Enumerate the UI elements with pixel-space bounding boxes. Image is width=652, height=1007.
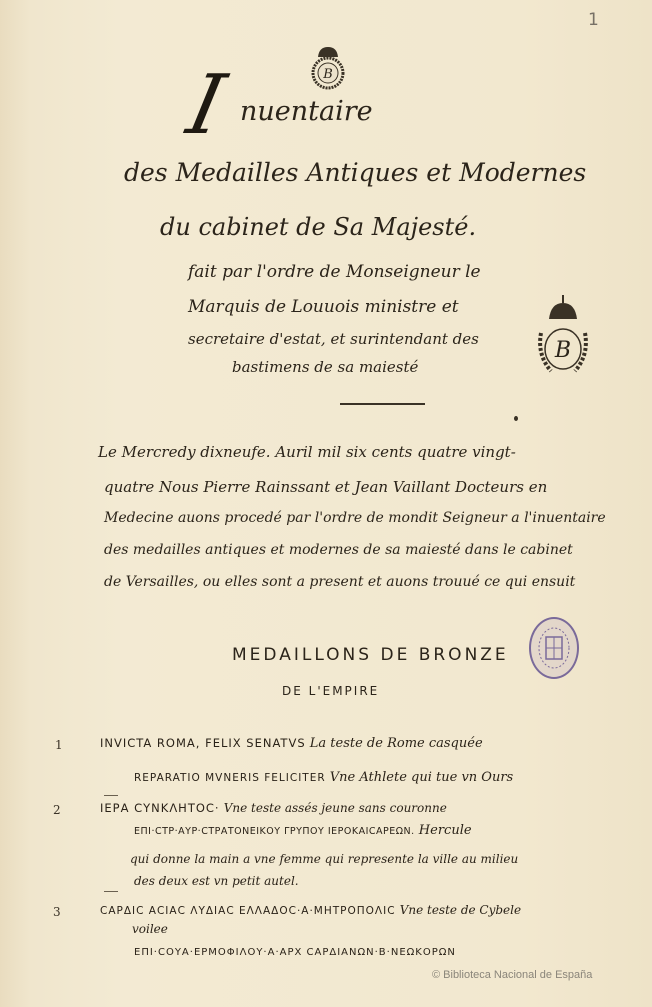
crowned-monogram-seal-icon: B	[309, 43, 347, 91]
separator-dash	[104, 795, 118, 796]
separator-dash	[104, 891, 118, 892]
legend-text: ΕΠΙ·CΤΡ·ΑΥΡ·CΤΡΑΤΟΝΕΙΚΟΥ ΓΡΥΠΟΥ ΙΕΡΟΚΑΙC…	[134, 826, 415, 837]
description-text: Hercule	[419, 823, 472, 838]
description-text: Vne teste assés jeune sans couronne	[224, 801, 447, 815]
legend-text: INVICTA ROMA, FELIX SENATVS	[100, 736, 306, 750]
svg-text:B: B	[322, 67, 333, 82]
entry-number: 1	[55, 738, 63, 752]
intro-line: quatre Nous Pierre Rainssant et Jean Vai…	[104, 478, 547, 496]
entry-line: des deux est vn petit autel.	[134, 874, 299, 889]
legend-text: CΑΡΔΙC ΑCΙΑC ΛΥΔΙΑC ΕΛΛΑΔΟC·Α·ΜΗΤΡΟΠΟΛΙC	[100, 905, 396, 917]
entry-line: voilee	[132, 922, 168, 937]
subtitle-line: bastimens de sa maiesté	[232, 358, 418, 376]
subtitle-line: fait par l'ordre de Monseigneur le	[188, 262, 481, 282]
title-line-2: des Medailles Antiques et Modernes	[124, 158, 586, 187]
description-text: Vne teste de Cybele	[400, 903, 521, 917]
copyright-credit: © Biblioteca Nacional de España	[432, 969, 592, 981]
section-heading: MEDAILLONS DE BRONZE	[232, 645, 509, 665]
intro-line: Medecine auons procedé par l'ordre de mo…	[104, 510, 606, 526]
legend-text: ΙΕΡΑ CΥΝΚΛΗΤΟC·	[100, 801, 220, 815]
intro-line: des medailles antiques et modernes de sa…	[104, 542, 573, 558]
library-stamp-icon	[529, 617, 579, 679]
legend-text: ΕΠΙ·CΟΥΑ·ΕΡΜΟΦΙΛΟΥ·Α·ΑΡΧ CΑΡΔΙΑΝΩΝ·Β·ΝΕΩ…	[134, 947, 456, 958]
description-text: Vne Athlete qui tue vn Ours	[330, 770, 513, 785]
entry-line: CΑΡΔΙC ΑCΙΑC ΛΥΔΙΑC ΕΛΛΑΔΟC·Α·ΜΗΤΡΟΠΟΛΙC…	[100, 903, 521, 918]
entry-line: qui donne la main a vne femme qui repres…	[130, 852, 518, 867]
section-subheading: DE L'EMPIRE	[282, 684, 379, 698]
subtitle-line: secretaire d'estat, et surintendant des	[188, 330, 479, 348]
intro-line: Le Mercredy dixneufe. Auril mil six cent…	[98, 443, 516, 461]
description-text: qui donne la main a vne femme qui repres…	[130, 852, 518, 866]
ink-dot	[514, 416, 518, 421]
entry-line: ΕΠΙ·CΤΡ·ΑΥΡ·CΤΡΑΤΟΝΕΙΚΟΥ ΓΡΥΠΟΥ ΙΕΡΟΚΑΙC…	[134, 823, 472, 838]
entry-line: INVICTA ROMA, FELIX SENATVS La teste de …	[100, 736, 483, 751]
entry-line: REPARATIO MVNERIS FELICITER Vne Athlete …	[134, 770, 513, 785]
legend-text: REPARATIO MVNERIS FELICITER	[134, 772, 326, 784]
title-line-3: du cabinet de Sa Majesté.	[160, 213, 476, 241]
divider-rule	[340, 403, 425, 405]
entry-line: ΕΠΙ·CΟΥΑ·ΕΡΜΟΦΙΛΟΥ·Α·ΑΡΧ CΑΡΔΙΑΝΩΝ·Β·ΝΕΩ…	[134, 944, 456, 959]
entry-number: 3	[53, 905, 61, 919]
folio-number: 1	[588, 10, 599, 30]
svg-text:B: B	[554, 338, 571, 363]
entry-number: 2	[53, 803, 61, 817]
intro-line: de Versailles, ou elles sont a present e…	[104, 574, 575, 590]
crowned-monogram-seal-icon: B	[531, 293, 595, 381]
title-initial: I	[180, 58, 233, 153]
subtitle-line: Marquis de Louuois ministre et	[188, 297, 459, 317]
title-line-1: nuentaire	[240, 96, 373, 127]
description-text: voilee	[132, 922, 168, 936]
description-text: La teste de Rome casquée	[310, 736, 483, 751]
manuscript-page: 1 B I nuentaire des Medailles Antiques e…	[0, 0, 652, 1007]
description-text: des deux est vn petit autel.	[134, 874, 299, 888]
entry-line: ΙΕΡΑ CΥΝΚΛΗΤΟC· Vne teste assés jeune sa…	[100, 801, 447, 816]
